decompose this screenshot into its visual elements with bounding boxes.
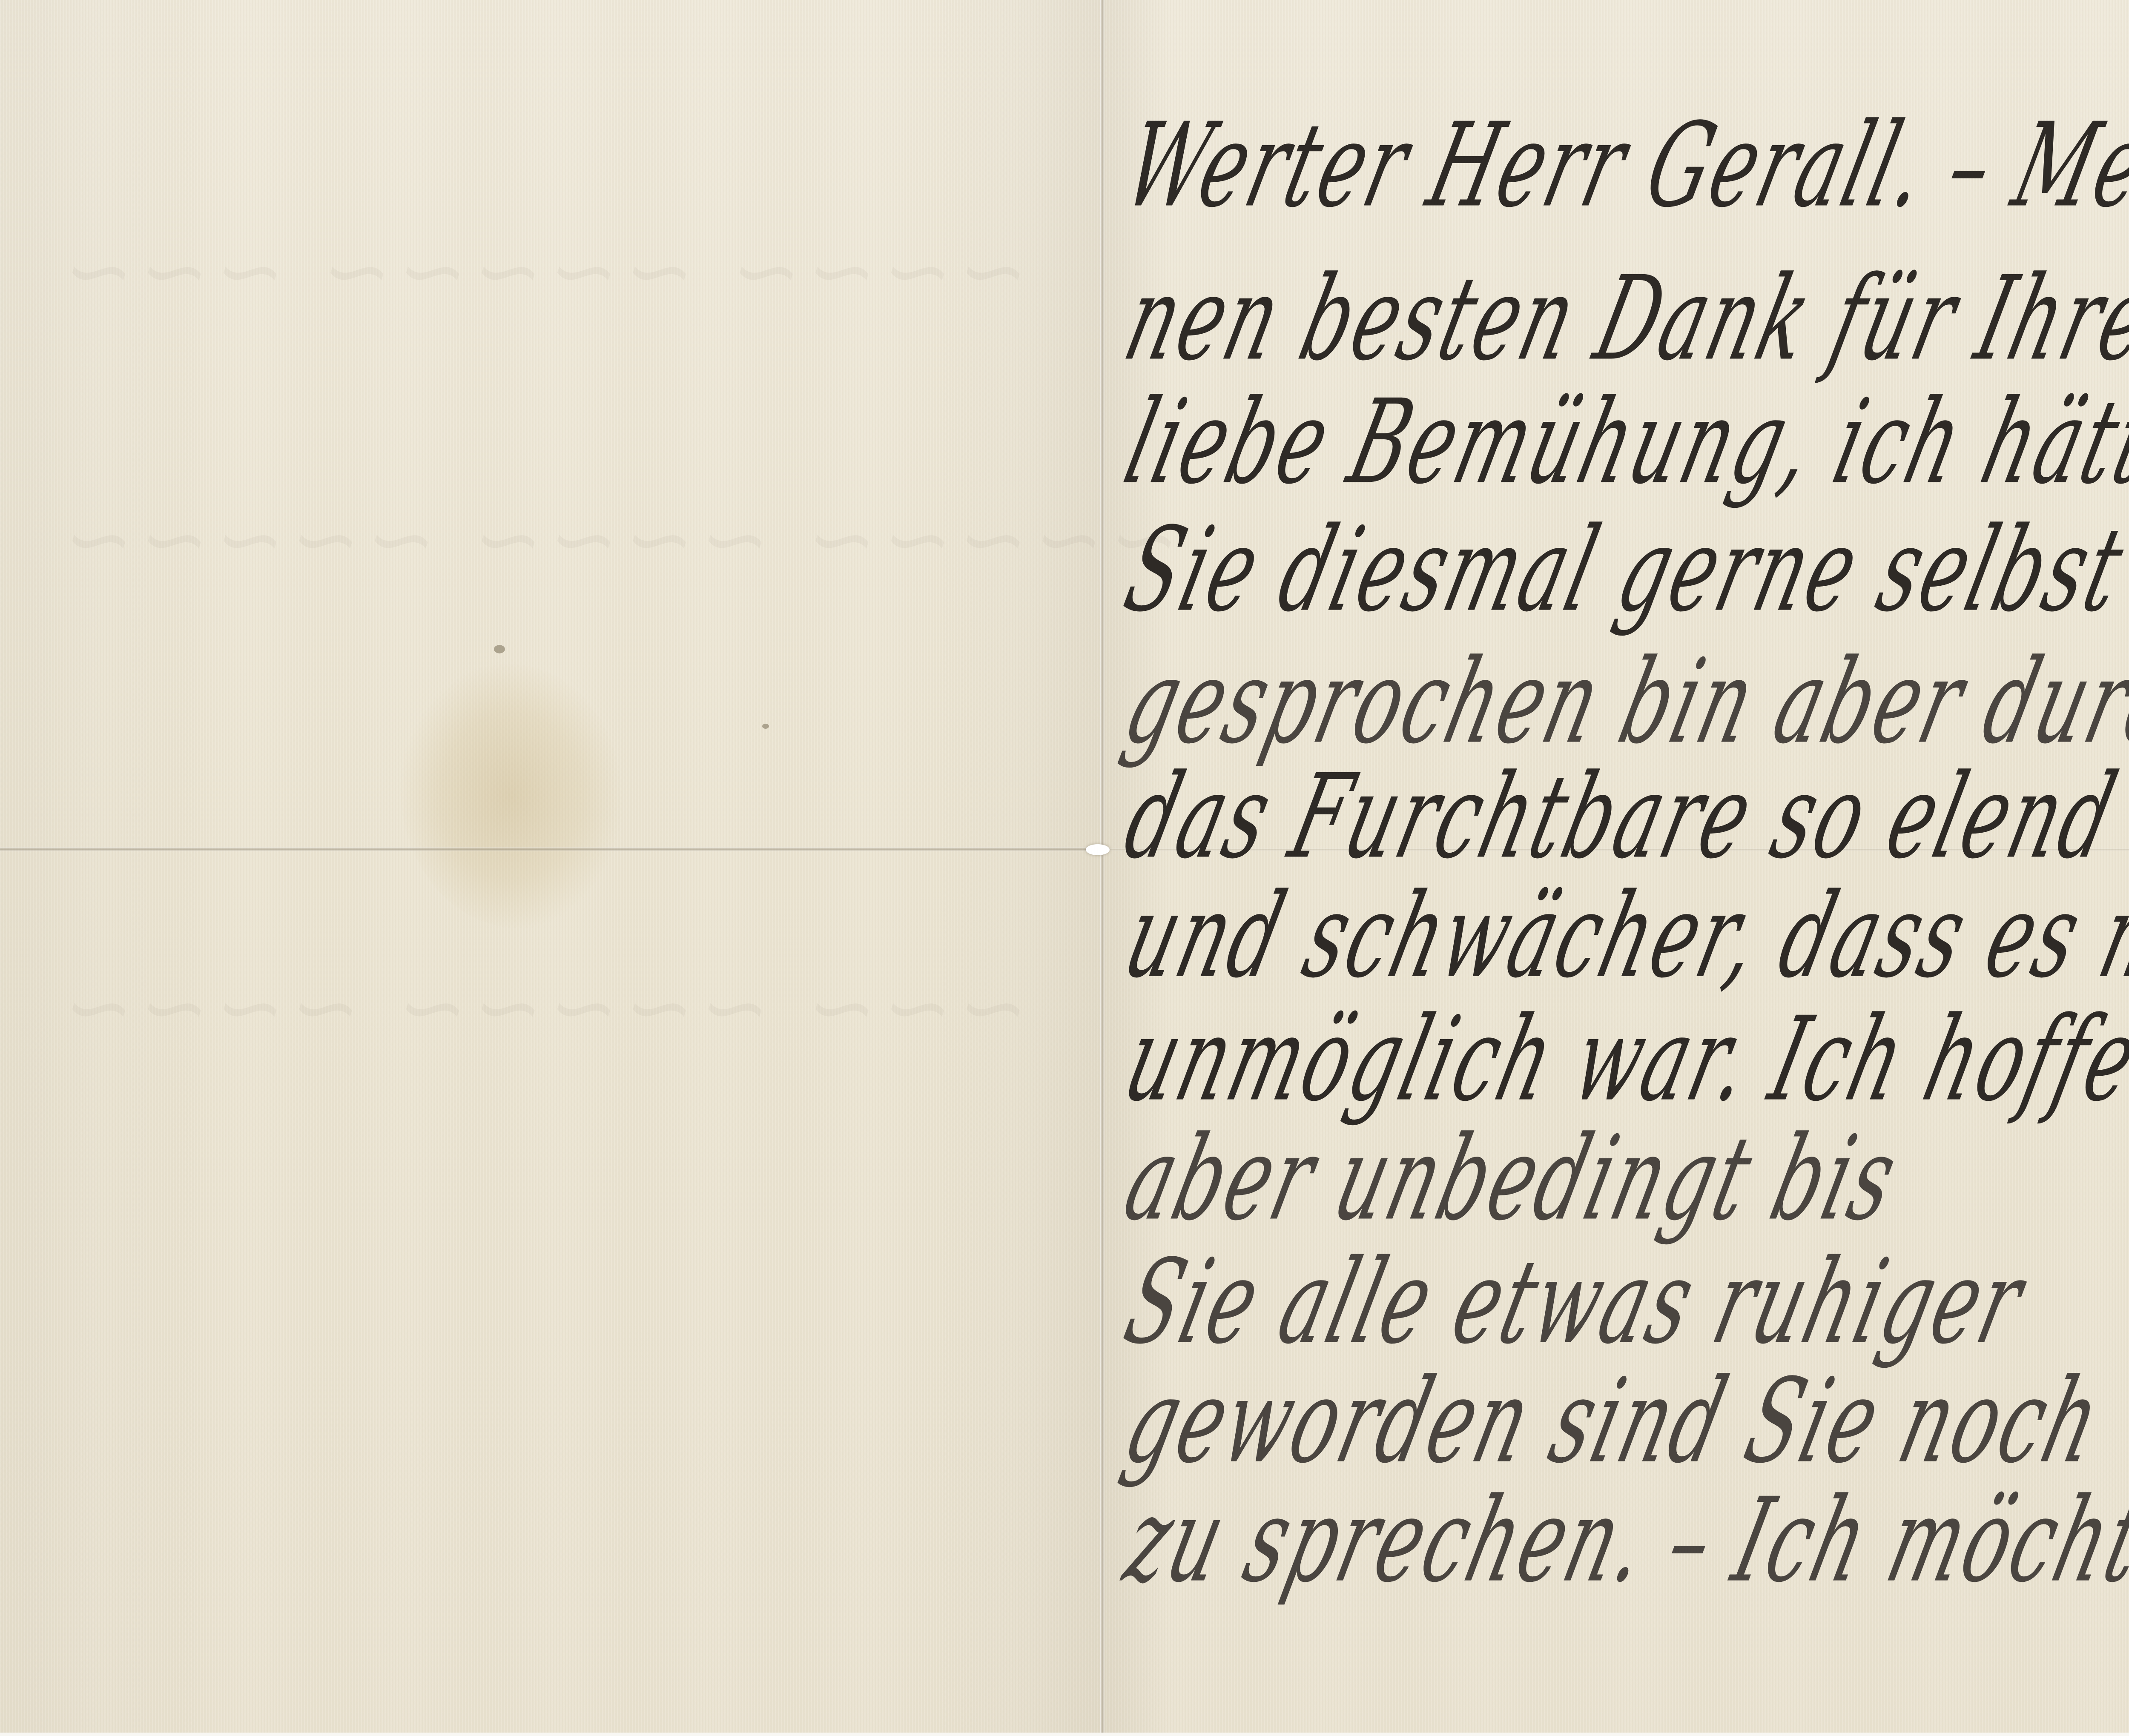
letter-line: liebe Bemühung, ich hätte (1116, 384, 2129, 501)
bleed-through-text: ~~~ ~~~~~ ~~~~ (43, 958, 1046, 1057)
horizontal-fold-left (0, 847, 1101, 851)
letter-line: gesprochen bin aber durch (1116, 644, 2129, 760)
bleed-through-text: ~~~~ ~~~~~ ~~~ (43, 221, 1046, 321)
bleed-through-text: ~~~~~ ~~~~ ~~~~~ (43, 490, 1197, 589)
letter-line: das Furchtbare so elend (1116, 759, 2128, 875)
fold-hole (1086, 844, 1110, 855)
letter-line: aber unbedingt bis (1116, 1121, 1908, 1237)
letter-line: unmöglich war. Ich hoffe (1116, 1002, 2129, 1118)
letter-sheet: ~~~~ ~~~~~ ~~~ ~~~~~ ~~~~ ~~~~~ ~~~ ~~~~… (0, 0, 2129, 1736)
water-stain (400, 664, 622, 928)
center-fold (1100, 0, 1105, 1736)
ink-spot (494, 645, 505, 653)
left-page: ~~~~ ~~~~~ ~~~ ~~~~~ ~~~~ ~~~~~ ~~~ ~~~~… (0, 0, 1102, 1736)
letter-line: geworden sind Sie noch (1116, 1364, 2112, 1480)
letter-line: Werter Herr Gerall. – Mei- (1116, 108, 2129, 224)
letter-line: und schwächer, dass es mir (1116, 878, 2129, 994)
ink-spot (762, 724, 769, 729)
letter-line: nen besten Dank für Ihre (1116, 261, 2129, 377)
scan-edge (0, 1733, 2129, 1736)
letter-line: Sie diesmal gerne selbst (1116, 512, 2129, 628)
letter-line: Sie alle etwas ruhiger (1116, 1244, 2035, 1361)
letter-line: zu sprechen. – Ich möchte (1116, 1483, 2129, 1599)
